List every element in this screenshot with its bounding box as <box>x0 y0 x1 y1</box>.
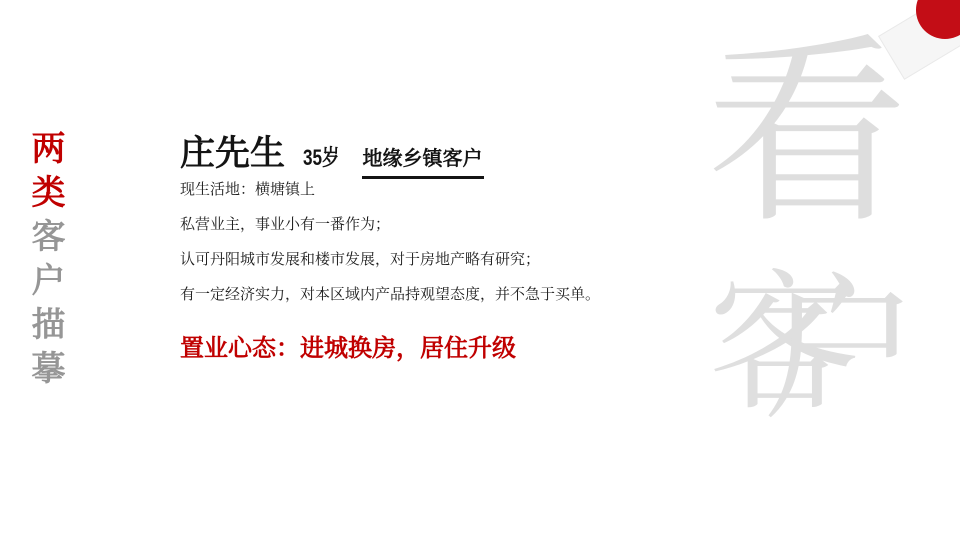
profile-description-line: 现生活地：横塘镇上 <box>180 172 600 207</box>
vertical-title-red-part: 两类 <box>26 130 64 218</box>
profile-description-line: 认可丹阳城市发展和楼市发展，对于房地产略有研究； <box>180 242 600 277</box>
purchase-mindset-statement: 置业心态：进城换房，居住升级 <box>180 328 516 363</box>
watermark-hu-character: 户 <box>762 272 920 430</box>
watermark-kan-character: 看 <box>706 32 908 234</box>
profile-description-line: 有一定经济实力，对本区域内产品持观望态度，并不急于买单。 <box>180 277 600 312</box>
slide-canvas: 看 客 户 两类客户描摹 庄先生 35岁 地缘乡镇客户 现生活地：横塘镇上 私营… <box>0 0 960 541</box>
profile-description-line: 私营业主，事业小有一番作为； <box>180 207 600 242</box>
vertical-title-gray-part: 客户描摹 <box>26 218 64 394</box>
profile-description: 现生活地：横塘镇上 私营业主，事业小有一番作为； 认可丹阳城市发展和楼市发展，对… <box>180 172 600 312</box>
person-age: 35岁 <box>303 141 339 172</box>
person-name: 庄先生 <box>180 126 285 176</box>
slide-vertical-title: 两类客户描摹 <box>28 130 62 394</box>
